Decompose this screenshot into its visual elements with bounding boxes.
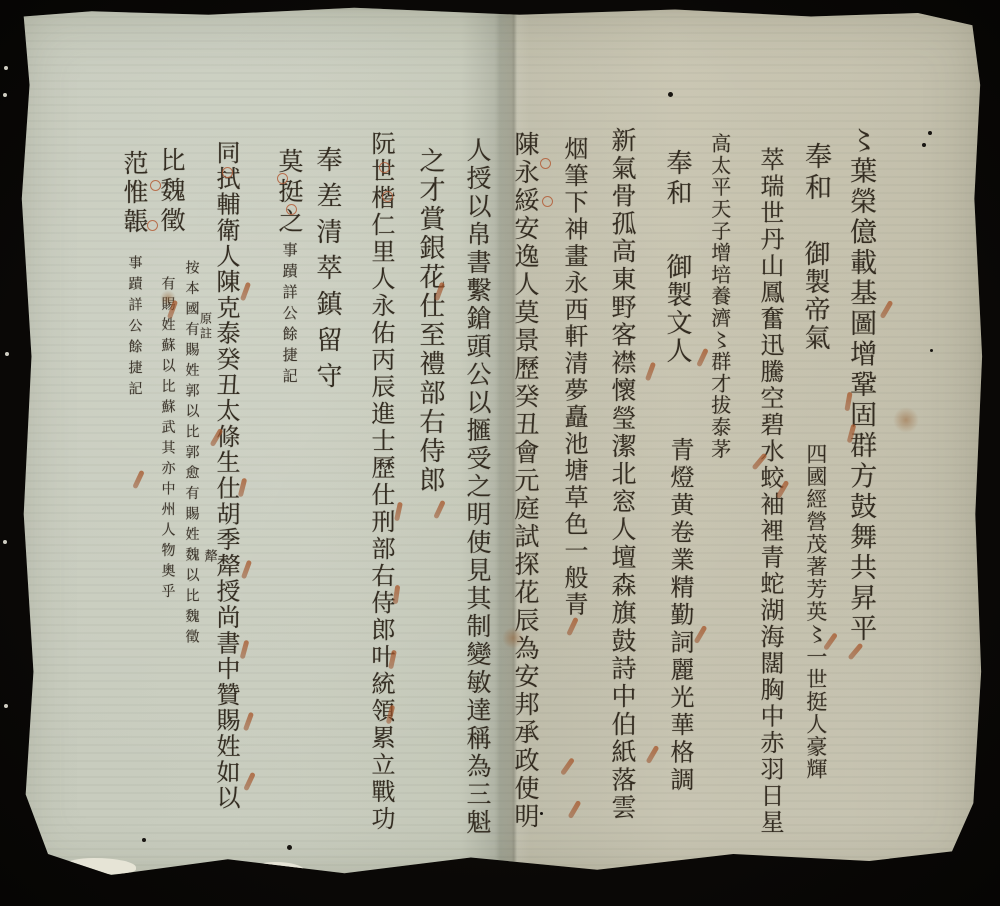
vermilion-dash-mark	[566, 617, 579, 636]
vermilion-dash-mark	[240, 640, 250, 660]
column-05-verse: 青燈黄卷業精勤詞麗光華格調	[667, 437, 692, 795]
column-15-bi-nguy-trung: 比魏徵	[158, 147, 184, 237]
vermilion-dash-mark	[241, 560, 252, 580]
column-16-note: 事蹟詳公餘捷記	[127, 255, 142, 402]
background-dust-dot	[5, 352, 9, 356]
column-12-biography-cont: 奉差清萃鎮留守	[313, 146, 340, 398]
column-02-verse: 四國經營茂著芳英〻一世挺人豪輝	[804, 443, 826, 781]
vermilion-name-circle	[147, 220, 158, 231]
manuscript-paper: 〻葉榮億載基圖增鞏固群方鼓舞共昇平奉和御製帝氣四國經營茂著芳英〻一世挺人豪輝萃瑞…	[14, 6, 986, 882]
paper-speck	[922, 143, 926, 147]
vermilion-dash-mark	[568, 800, 582, 819]
ink-stain	[893, 407, 919, 433]
column-02-heading-fenghe: 奉和	[801, 142, 829, 204]
column-10-biography-cont: 之才賞銀花仕至禮部右侍郎	[416, 147, 443, 495]
vermilion-dash-mark	[393, 585, 401, 605]
vermilion-dash-mark	[240, 282, 251, 302]
column-15-note-a: 按本國有賜姓郭以比郭愈有賜姓魏以比魏徵	[184, 260, 199, 650]
vermilion-name-circle	[379, 162, 390, 173]
column-14-note-ly: 犛	[202, 549, 216, 564]
paper-speck	[668, 92, 673, 97]
paper-speck	[540, 812, 543, 815]
vermilion-name-circle	[286, 204, 297, 215]
column-11-biography-nguyen-the-giai: 阮世楷仁里人永佑丙辰進士歷仕刑部右侍郎叶統領累立戰功	[368, 131, 393, 833]
vermilion-dash-mark	[847, 643, 863, 661]
vermilion-dash-mark	[645, 362, 656, 382]
column-16-pham-duy-trinh: 范惟韔	[121, 150, 147, 237]
background-dust-dot	[4, 704, 8, 708]
column-02-heading-yuzhi-diqi: 御製帝氣	[801, 240, 828, 352]
paper-speck	[928, 131, 932, 135]
column-06-verse: 新氣骨孤高東野客襟懷瑩潔北窓人壇森旗鼓詩中伯紙落雲	[609, 127, 635, 822]
column-14-biography-dong-thuc: 同拭輔衛人陳克泰癸丑太條生仕胡季犛授尚書中贊賜姓如以	[213, 140, 238, 811]
photo-background: 〻葉榮億載基圖增鞏固群方鼓舞共昇平奉和御製帝氣四國經營茂著芳英〻一世挺人豪輝萃瑞…	[0, 0, 1000, 906]
vermilion-name-circle	[277, 173, 288, 184]
vermilion-dash-mark	[243, 712, 254, 732]
column-05-heading-yuzhi-wenren: 御製文人	[663, 253, 690, 365]
vermilion-dash-mark	[243, 772, 256, 791]
column-14-note-nguyen-chu: 原註	[199, 312, 211, 342]
vermilion-dash-mark	[646, 745, 660, 764]
column-09-biography-cont: 人授以帛書繫鎗頭公以擓受之明使見其制變敏達稱為三魁	[464, 137, 490, 837]
vermilion-dash-mark	[433, 500, 446, 519]
vermilion-dash-mark	[696, 348, 709, 367]
paper-speck	[287, 845, 292, 850]
vermilion-dash-mark	[394, 502, 403, 522]
column-05-heading-fenghe: 奉和	[663, 149, 690, 209]
background-dust-dot	[4, 66, 8, 70]
column-13-mac-dinh-chi: 莫挺之	[276, 148, 302, 238]
torn-edge-bottom-mid	[256, 862, 304, 876]
paper-speck	[142, 838, 146, 842]
paper-speck	[930, 349, 933, 352]
vermilion-name-circle	[150, 180, 161, 191]
background-dust-dot	[3, 93, 7, 97]
column-15-note-b: 有賜姓蘇以比蘇武其亦中州人物奧乎	[160, 276, 175, 604]
vermilion-name-circle	[540, 158, 551, 169]
vermilion-dash-mark	[132, 470, 145, 489]
column-07-verse: 烟筆下神畫永西軒清夢矗池塘草色一般青	[561, 136, 586, 618]
column-01-poem-end: 〻葉榮億載基圖增鞏固群方鼓舞共昇平	[846, 126, 874, 645]
ink-stain	[160, 290, 176, 306]
vermilion-name-circle	[222, 167, 233, 178]
column-04-verse: 高太平天子增培養濟〻群才拔泰茅	[709, 133, 730, 460]
vermilion-name-circle	[382, 191, 393, 202]
column-13-note: 事蹟詳公餘捷記	[281, 242, 297, 389]
column-08-biography-tran-vinh-tuy: 陳永綏安逸人莫景歷癸丑會元庭試探花辰為安邦承政使明	[512, 131, 538, 831]
vermilion-name-circle	[542, 196, 553, 207]
vermilion-dash-mark	[694, 625, 708, 644]
background-dust-dot	[3, 540, 7, 544]
vermilion-dash-mark	[880, 300, 894, 319]
vermilion-dash-mark	[560, 757, 575, 775]
ink-stain	[502, 627, 524, 649]
torn-edge-bottom-left	[66, 858, 136, 874]
